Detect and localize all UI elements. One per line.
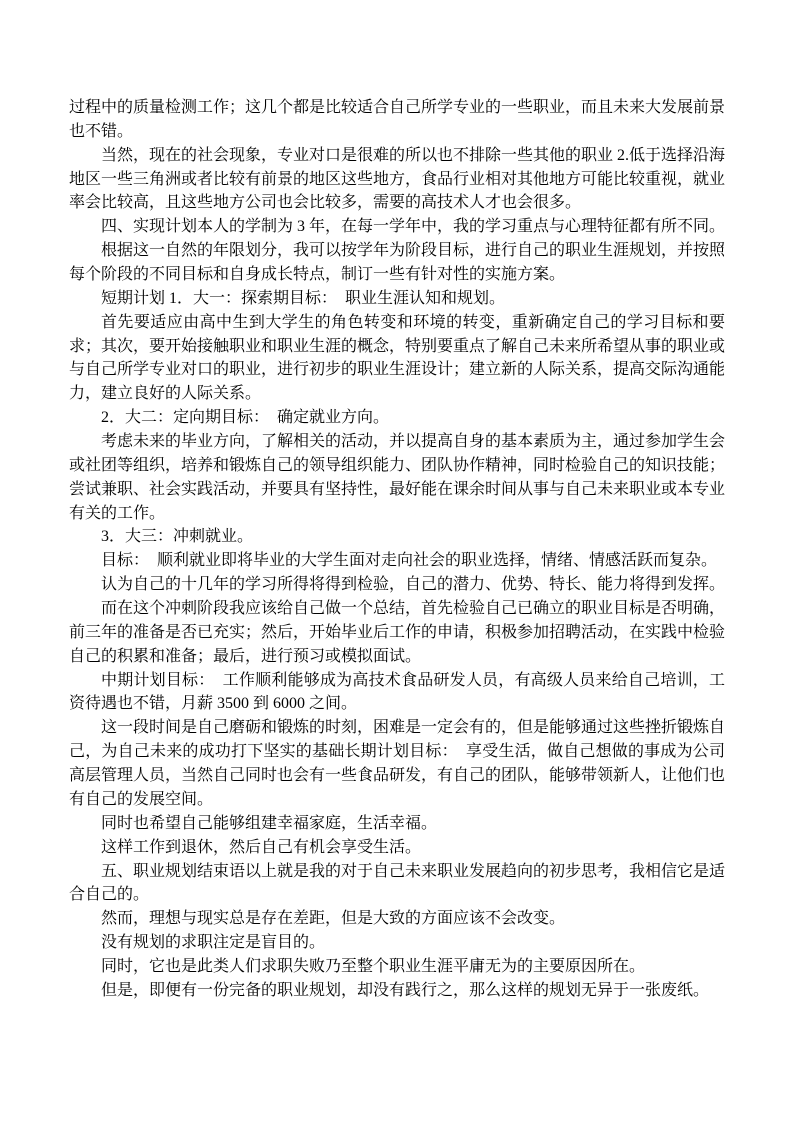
paragraph: 然而，理想与现实总是存在差距，但是大致的方面应该不会改变。 (69, 907, 725, 931)
paragraph: 根据这一自然的年限划分，我可以按学年为阶段目标，进行自己的职业生涯规划，并按照每… (69, 239, 725, 287)
document-text-block: 过程中的质量检测工作；这几个都是比较适合自己所学专业的一些职业，而且未来大发展前… (69, 96, 725, 1003)
paragraph: 认为自己的十几年的学习所得将得到检验，自己的潜力、优势、特长、能力将得到发挥。 (69, 573, 725, 597)
paragraph: 短期计划 1．大一：探索期目标： 职业生涯认知和规划。 (69, 287, 725, 311)
paragraph: 同时也希望自己能够组建幸福家庭，生活幸福。 (69, 812, 725, 836)
paragraph: 五、职业规划结束语以上就是我的对于自己未来职业发展趋向的初步思考，我相信它是适合… (69, 860, 725, 908)
paragraph: 这样工作到退休，然后自己有机会享受生活。 (69, 836, 725, 860)
document-page: 过程中的质量检测工作；这几个都是比较适合自己所学专业的一些职业，而且未来大发展前… (0, 0, 793, 1122)
paragraph: 过程中的质量检测工作；这几个都是比较适合自己所学专业的一些职业，而且未来大发展前… (69, 96, 725, 144)
paragraph: 没有规划的求职注定是盲目的。 (69, 931, 725, 955)
paragraph: 当然，现在的社会现象，专业对口是很难的所以也不排除一些其他的职业 2.低于选择沿… (69, 144, 725, 216)
paragraph: 首先要适应由高中生到大学生的角色转变和环境的转变，重新确定自己的学习目标和要求；… (69, 311, 725, 406)
paragraph: 四、实现计划本人的学制为 3 年，在每一学年中，我的学习重点与心理特征都有所不同… (69, 215, 725, 239)
paragraph: 考虑未来的毕业方向，了解相关的活动，并以提高自身的基本素质为主，通过参加学生会或… (69, 430, 725, 525)
paragraph: 同时，它也是此类人们求职失败乃至整个职业生涯平庸无为的主要原因所在。 (69, 955, 725, 979)
paragraph: 2．大二：定向期目标： 确定就业方向。 (69, 406, 725, 430)
paragraph: 这一段时间是自己磨砺和锻炼的时刻，困难是一定会有的，但是能够通过这些挫折锻炼自己… (69, 716, 725, 811)
paragraph: 目标： 顺利就业即将毕业的大学生面对走向社会的职业选择，情绪、情感活跃而复杂。 (69, 549, 725, 573)
paragraph: 但是，即便有一份完备的职业规划，却没有践行之，那么这样的规划无异于一张废纸。 (69, 979, 725, 1003)
paragraph: 中期计划目标： 工作顺利能够成为高技术食品研发人员，有高级人员来给自己培训，工资… (69, 669, 725, 717)
paragraph: 3．大三：冲刺就业。 (69, 525, 725, 549)
paragraph: 而在这个冲刺阶段我应该给自己做一个总结，首先检验自己已确立的职业目标是否明确，前… (69, 597, 725, 669)
